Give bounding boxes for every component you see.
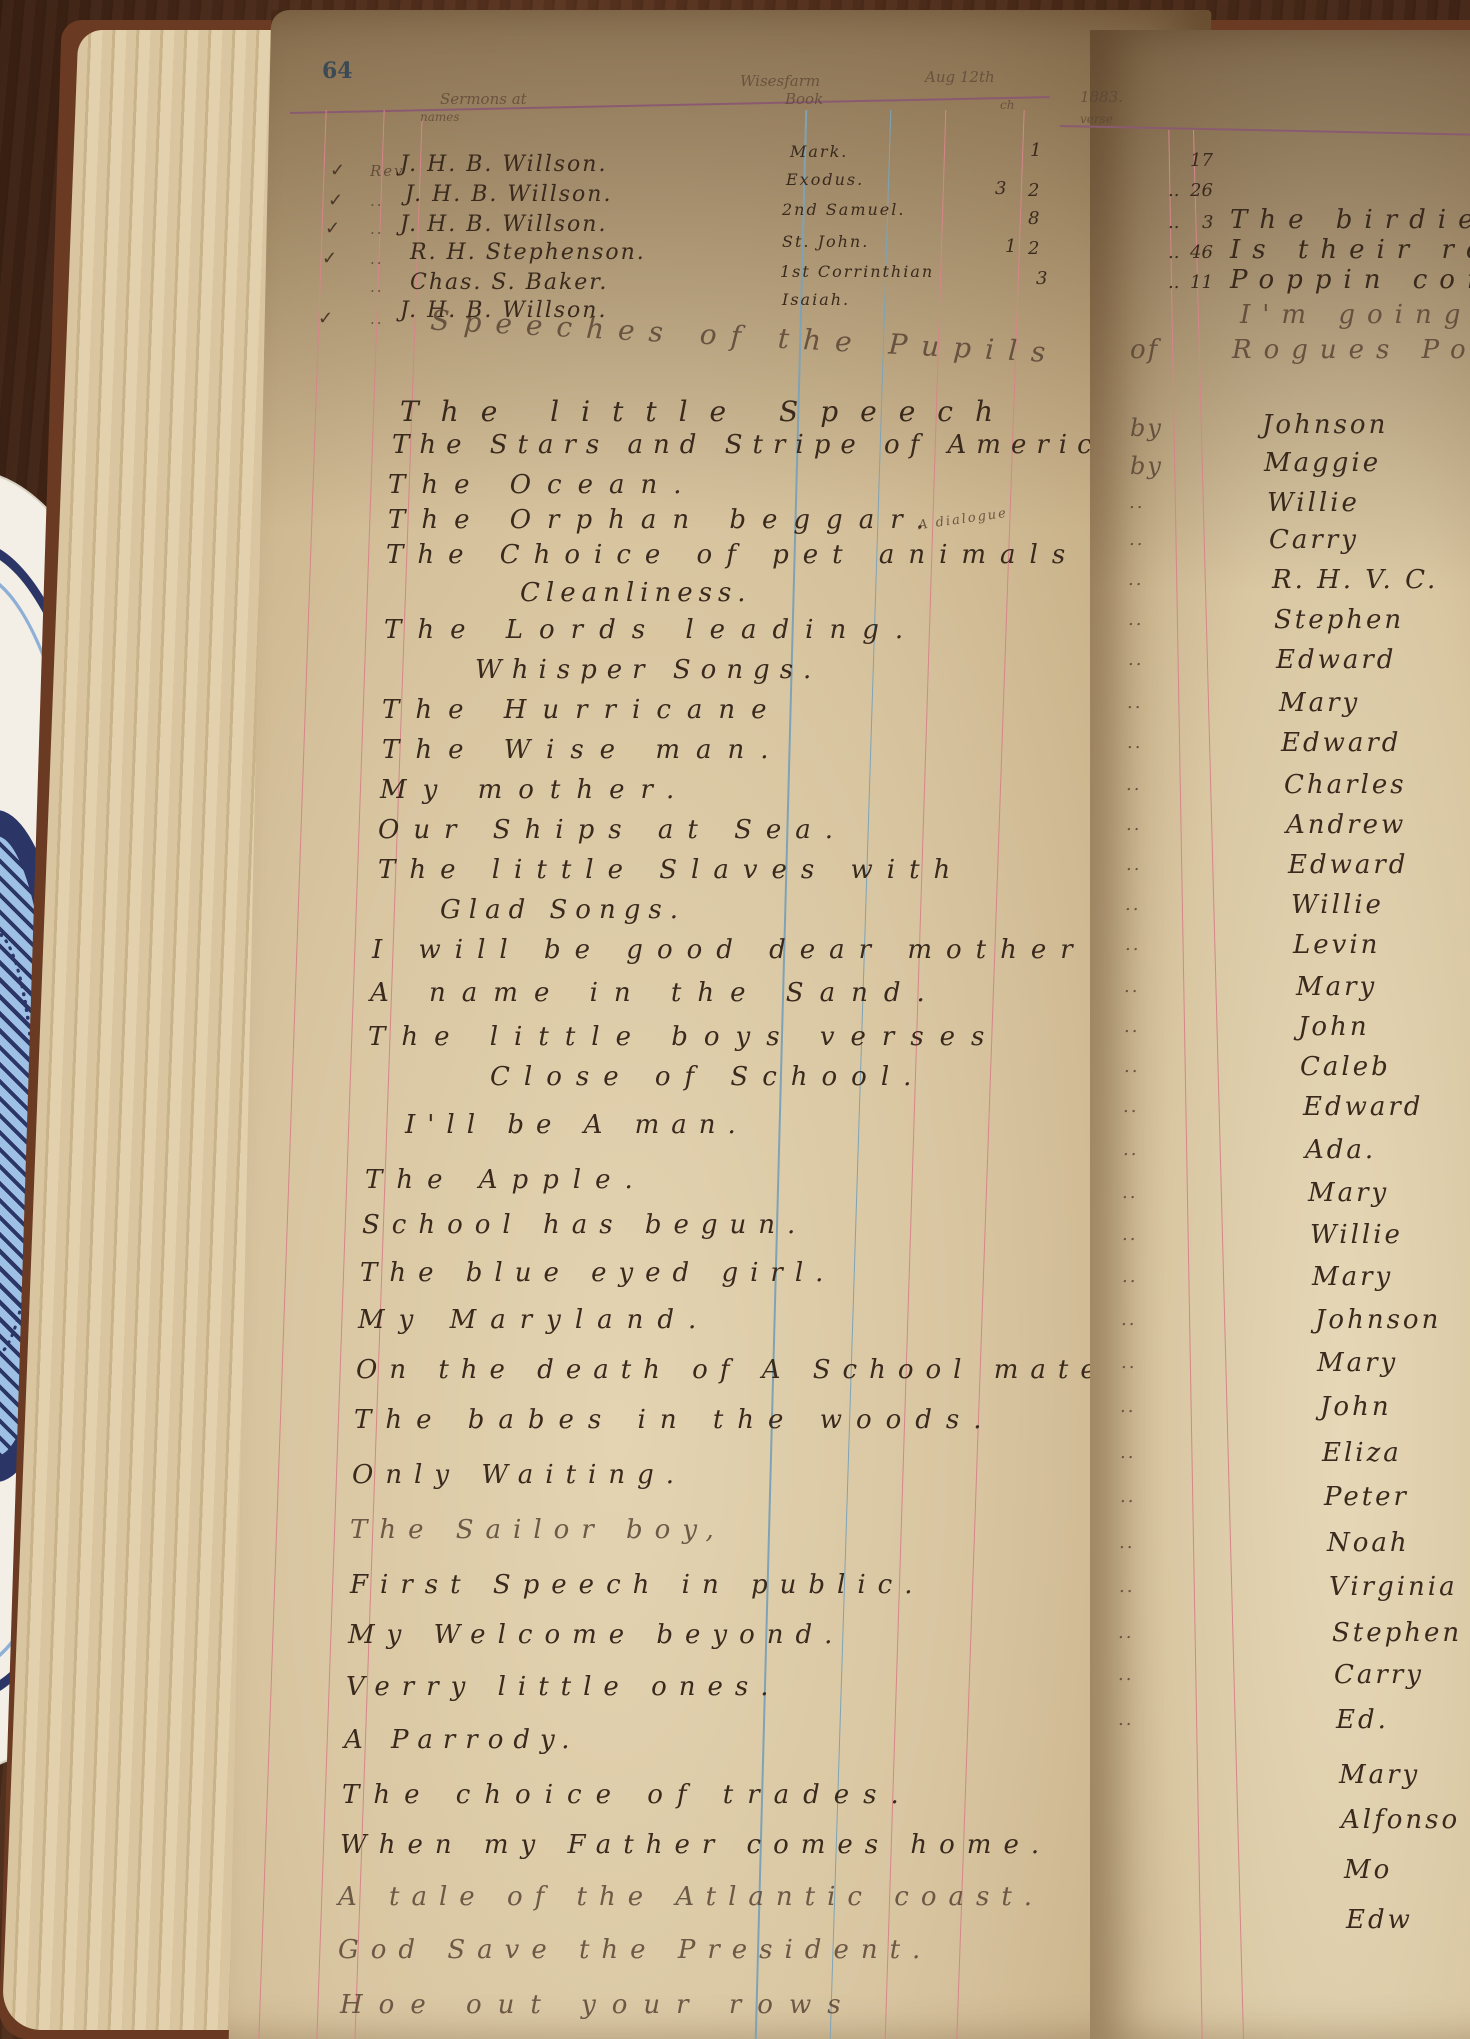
speech-title: My Welcome beyond. [348,1620,844,1650]
speech-title: God Save the President. [338,1935,932,1965]
ditto-mark: .. [1168,212,1179,233]
speaker-name: Johnson [1315,1305,1441,1335]
page-number: 64 [322,58,353,84]
sermon-prefix: .. [370,310,384,328]
by-mark: .. [1122,1224,1137,1245]
speaker-name: Eliza [1322,1438,1402,1468]
speaker-name: Mo [1344,1855,1392,1885]
verse: 1 [1030,140,1041,161]
speech-title: A name in the Sand. [370,978,941,1008]
speaker-name: Andrew [1286,810,1406,840]
speaker-name: Maggie [1264,448,1381,478]
by-mark: .. [1126,774,1141,795]
speech-title: Verry little ones. [346,1672,780,1702]
speaker-name: Stephen [1332,1618,1462,1648]
by-mark: .. [1125,934,1140,955]
by-mark: .. [1128,609,1143,630]
speech-title: The Apple. [365,1165,647,1195]
preacher-name: J. H. B. Willson. [405,182,612,207]
by-mark: .. [1126,814,1141,835]
header-book-col: Book [785,90,823,108]
check-mark: ✓ [318,308,333,329]
by-mark: .. [1127,732,1142,753]
speaker-name: Mary [1279,688,1360,718]
speech-title: I will be good dear mother [372,935,1087,965]
speech-title: The Wise man. [382,735,784,765]
speech-title: The babes in the woods. [354,1405,996,1435]
speaker-name: Edward [1281,728,1401,758]
scripture-book: 2nd Samuel. [782,200,905,219]
speaker-name: Noah [1327,1528,1410,1558]
speech-title: On the death of A School mate [356,1355,1108,1385]
speech-title: Close of School. [490,1062,925,1092]
speaker-name: Edward [1288,850,1408,880]
verse: 2 [1028,238,1039,259]
speaker-name: Mary [1296,972,1377,1002]
speaker-name: Carry [1334,1660,1424,1690]
check-mark: ✓ [330,160,345,181]
dialogue-title: Rogues Pov [1232,335,1470,365]
speaker-name: Edw [1346,1905,1413,1935]
header-names-col: names [420,110,460,124]
speech-title: Cleanliness. [520,578,752,608]
sermon-prefix: .. [370,278,384,296]
speaker-name: Stephen [1274,605,1404,635]
header-date: Aug 12th [925,68,995,86]
by-mark: .. [1124,976,1139,997]
header-ch-col: ch [1000,98,1014,112]
by-mark: .. [1127,692,1142,713]
speaker-name: Edward [1276,645,1396,675]
sermon-prefix: .. [370,250,384,268]
dialogue-title: I'm going h [1240,300,1470,330]
speech-title: A tale of the Atlantic coast. [338,1882,1044,1912]
by-mark: .. [1126,854,1141,875]
by-mark: .. [1123,1139,1138,1160]
speech-title: Whisper Songs. [475,655,821,685]
speaker-name: Willie [1267,488,1360,518]
check-mark: ✓ [322,248,337,269]
speech-title: The little boys verses [368,1022,1000,1052]
by-mark: .. [1124,1056,1139,1077]
speaker-name: Virginia [1329,1572,1458,1602]
dialogue-title: Poppin corn [1230,265,1470,295]
scripture-book: St. John. [782,232,869,251]
speech-title: School has begun. [362,1210,807,1240]
by-mark: .. [1128,649,1143,670]
verse-number: 17 [1190,150,1213,171]
by-mark: .. [1119,1532,1134,1553]
scripture-book: Mark. [790,142,848,161]
sermon-prefix: .. [370,192,384,210]
speech-title: The little Slaves with [378,855,964,885]
speech-title: The Stars and Stripe of America [392,430,1127,460]
dialogue-title: The birdie [1230,205,1470,235]
by-mark: .. [1128,569,1143,590]
by-mark: .. [1120,1396,1135,1417]
speech-title: The Ocean. [388,470,698,500]
header-year: 1883. [1080,88,1123,106]
speaker-name: Mary [1308,1178,1389,1208]
verse: 8 [1028,208,1039,229]
speech-title: The Choice of pet animals [386,540,1079,570]
by-mark: .. [1118,1709,1133,1730]
speech-title: When my Father comes home. [340,1830,1051,1860]
by-mark: .. [1122,1182,1137,1203]
by-mark: .. [1121,1352,1136,1373]
by-mark: by [1130,414,1163,442]
speech-title: The Lords leading. [384,615,919,645]
speech-title: The Sailor boy, [350,1515,726,1545]
speaker-name: Carry [1269,525,1359,555]
speaker-name: Ed. [1336,1705,1389,1735]
speaker-name: Johnson [1262,410,1388,440]
speech-title: I'll be A man. [405,1110,748,1140]
header-location: Wisesfarm [740,72,820,90]
sermon-prefix: .. [370,220,384,238]
speaker-name: Caleb [1300,1052,1391,1082]
by-mark: .. [1121,1309,1136,1330]
speech-title: Hoe out your rows [340,1990,857,2020]
verse: 3 [1036,268,1047,289]
speech-title: First Speech in public. [350,1570,924,1600]
scripture-book: 1st Corrinthian [780,262,934,281]
speaker-name: Levin [1293,930,1380,960]
ditto-mark: .. [1168,180,1179,201]
speaker-name: R. H. V. C. [1272,565,1438,595]
speech-title: Only Waiting. [352,1460,686,1490]
by-mark: by [1130,452,1163,480]
speech-title: Our Ships at Sea. [378,815,847,845]
speech-title: My mother. [380,775,690,805]
by-mark: .. [1129,529,1144,550]
preacher-name: J. H. B. Willson. [400,212,607,237]
speech-title: The little Speech [400,395,1015,428]
chapter: 1 [1005,236,1016,257]
speech-title: A Parrody. [344,1725,580,1755]
speaker-name: Edward [1303,1092,1423,1122]
ditto-mark: .. [1168,242,1179,263]
verse-number: 3 [1202,212,1213,233]
of-word: of [1130,335,1159,365]
header-verse-col: verse [1080,112,1113,126]
by-mark: .. [1118,1622,1133,1643]
preacher-name: R. H. Stephenson. [410,240,646,265]
speaker-name: Mary [1339,1760,1420,1790]
by-mark: .. [1122,1266,1137,1287]
chapter: 3 [995,178,1006,199]
ditto-mark: .. [1168,272,1179,293]
speech-title: My Maryland. [358,1305,710,1335]
speaker-name: John [1298,1012,1370,1042]
by-mark: .. [1118,1664,1133,1685]
check-mark: ✓ [328,190,343,211]
right-page [1090,30,1470,2039]
speaker-name: Charles [1284,770,1407,800]
speaker-name: John [1320,1392,1392,1422]
by-mark: .. [1120,1442,1135,1463]
check-mark: ✓ [325,218,340,239]
speech-title: The blue eyed girl. [360,1258,835,1288]
by-mark: .. [1119,1576,1134,1597]
speaker-name: Mary [1312,1262,1393,1292]
by-mark: .. [1120,1486,1135,1507]
verse-number: 11 [1190,272,1213,293]
preacher-name: J. H. B. Willson. [400,152,607,177]
speech-title: The choice of trades. [342,1780,913,1810]
speaker-name: Peter [1324,1482,1409,1512]
speech-title: Glad Songs. [440,895,686,925]
by-mark: .. [1124,1016,1139,1037]
speaker-name: Willie [1310,1220,1403,1250]
speaker-name: Ada. [1305,1135,1376,1165]
by-mark: .. [1129,492,1144,513]
preacher-name: Chas. S. Baker. [410,270,608,295]
verse: 2 [1028,180,1039,201]
header-title: Sermons at [440,90,527,108]
speaker-name: Willie [1291,890,1384,920]
scripture-book: Isaiah. [782,290,850,309]
verse-number: 46 [1190,242,1213,263]
verse-number: 26 [1190,180,1213,201]
dialogue-title: Is their roo [1230,235,1470,265]
speech-title: The Orphan beggar. [388,505,940,535]
speech-title: The Hurricane [382,695,783,725]
speaker-name: Mary [1317,1348,1398,1378]
by-mark: .. [1125,894,1140,915]
scripture-book: Exodus. [786,170,864,189]
by-mark: .. [1123,1096,1138,1117]
speaker-name: Alfonso [1341,1805,1460,1835]
